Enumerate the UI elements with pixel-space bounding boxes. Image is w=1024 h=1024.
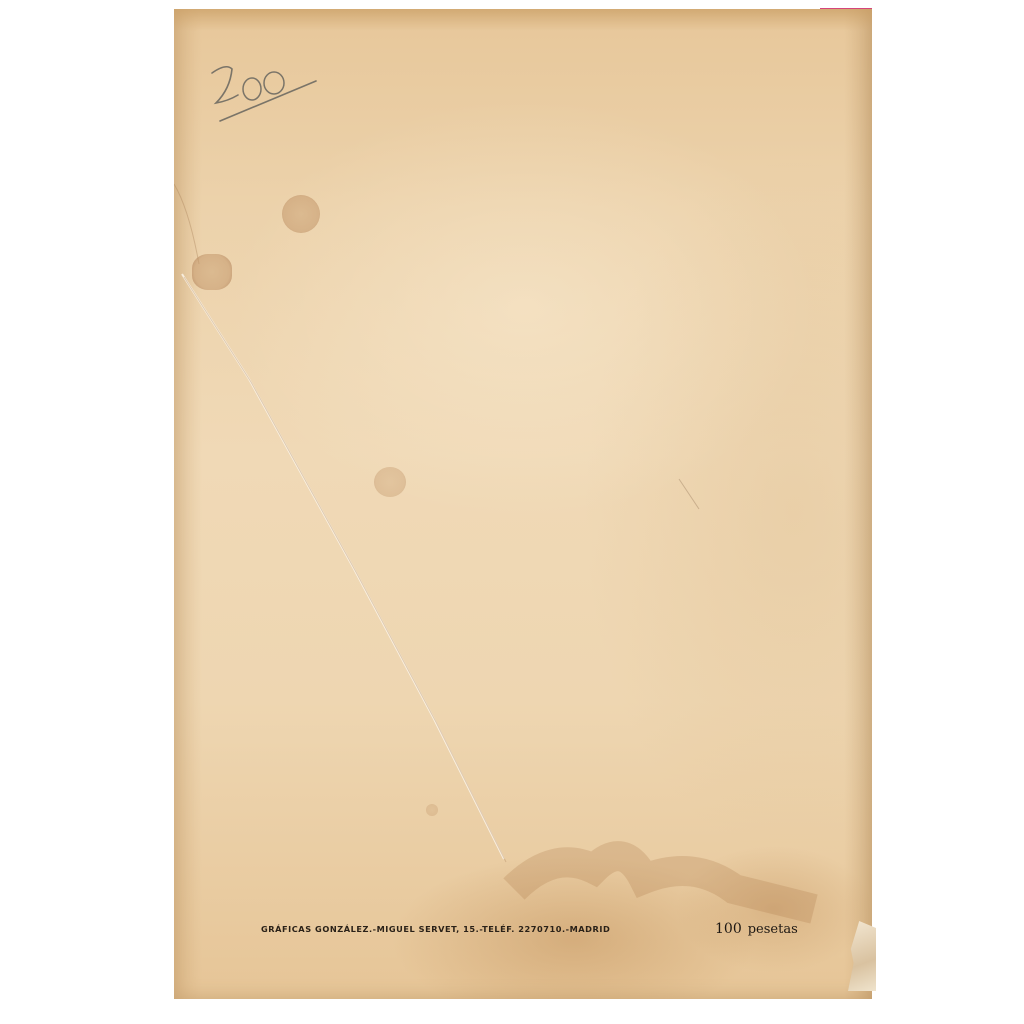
diagonal-crease (174, 9, 872, 999)
page-stage: GRÁFICAS GONZÁLEZ.-MIGUEL SERVET, 15.-TE… (0, 0, 1024, 1024)
water-stain-1 (282, 195, 320, 233)
water-stain-2 (192, 254, 232, 290)
book-back-cover: GRÁFICAS GONZÁLEZ.-MIGUEL SERVET, 15.-TE… (174, 9, 872, 999)
price-amount: 100 (715, 921, 742, 937)
price-label: 100pesetas (715, 921, 798, 937)
handwritten-price-note (204, 59, 324, 129)
price-currency: pesetas (748, 922, 798, 937)
water-stain-3 (374, 467, 406, 497)
water-stain-4 (426, 804, 438, 816)
printer-imprint: GRÁFICAS GONZÁLEZ.-MIGUEL SERVET, 15.-TE… (261, 924, 610, 934)
